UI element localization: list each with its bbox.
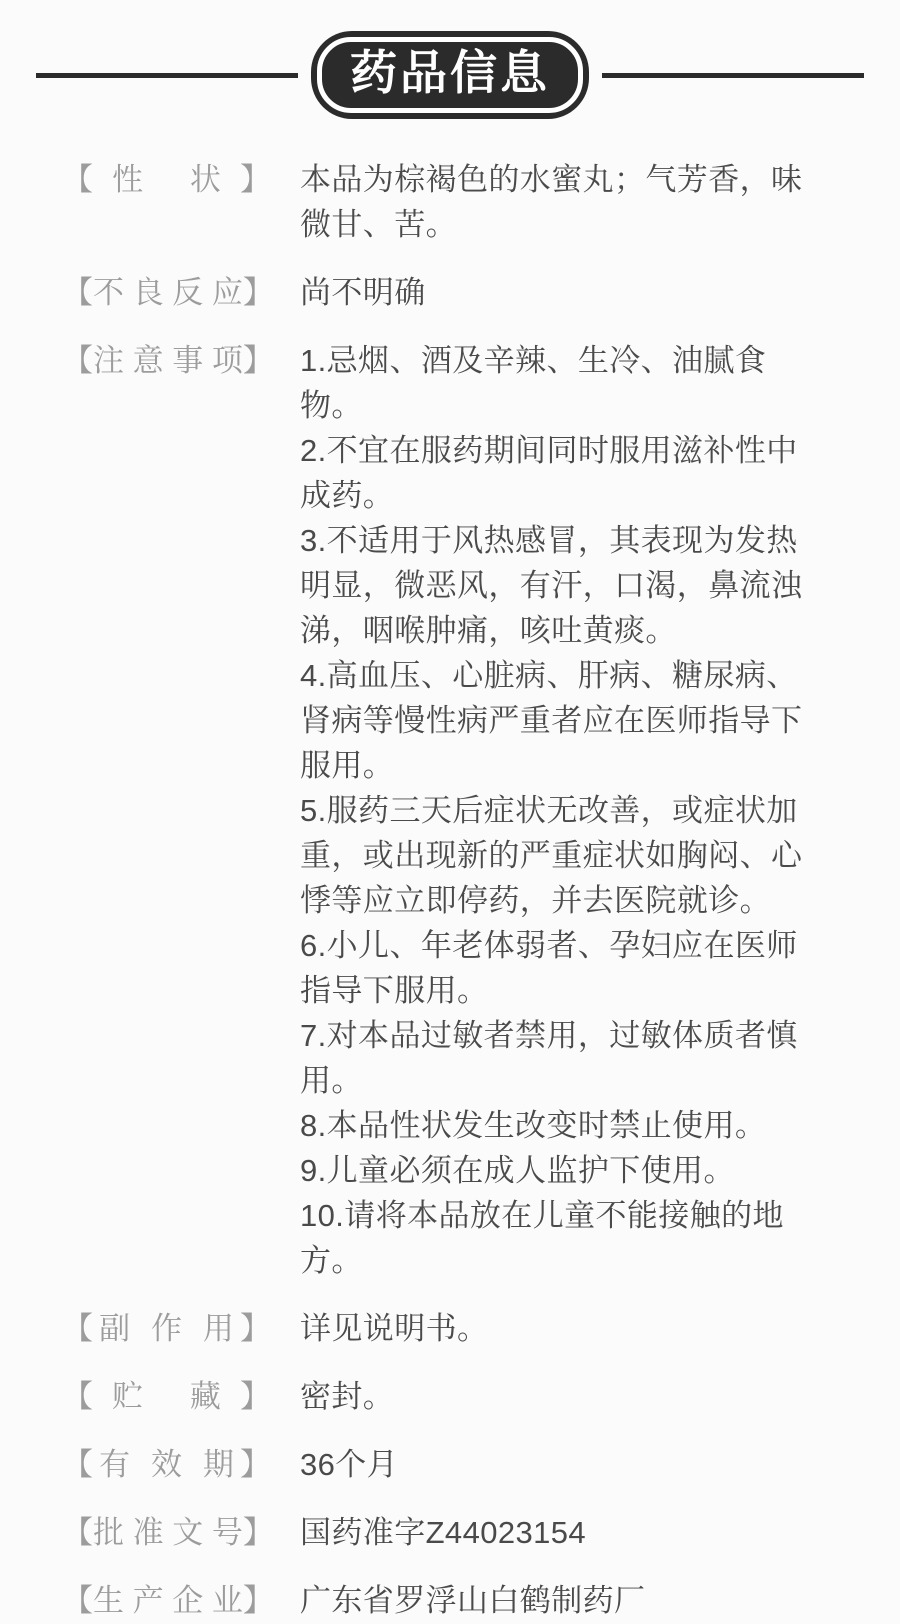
info-sections: 【性 状】 本品为棕褐色的水蜜丸；气芳香，味微甘、苦。 【不 良 反 应】 尚不…	[62, 157, 900, 1623]
precaution-item: 5.服药三天后症状无改善，或症状加重，或出现新的严重症状如胸闷、心悸等应立即停药…	[300, 788, 810, 923]
header-divider-right	[602, 73, 864, 78]
info-section-adverse-reactions: 【不 良 反 应】 尚不明确	[62, 270, 900, 315]
field-label-validity-period: 【有 效 期】	[62, 1442, 271, 1487]
precaution-item: 8.本品性状发生改变时禁止使用。	[300, 1103, 810, 1148]
field-value: 尚不明确	[300, 270, 810, 315]
precaution-item: 3.不适用于风热感冒，其表现为发热明显，微恶风，有汗，口渴，鼻流浊涕，咽喉肿痛，…	[300, 518, 810, 653]
info-section-manufacturer: 【生 产 企 业】 广东省罗浮山白鹤制药厂	[62, 1578, 900, 1623]
field-value: 36个月	[300, 1442, 810, 1487]
precaution-item: 9.儿童必须在成人监护下使用。	[300, 1148, 810, 1193]
title-pill: 药品信息	[311, 31, 589, 118]
field-content-side-effects: 详见说明书。	[300, 1306, 810, 1351]
info-section-precautions: 【注 意 事 项】 1.忌烟、酒及辛辣、生冷、油腻食物。 2.不宜在服药期间同时…	[62, 338, 900, 1283]
precaution-item: 10.请将本品放在儿童不能接触的地方。	[300, 1193, 810, 1283]
field-label-side-effects: 【副 作 用】	[62, 1306, 271, 1351]
info-section-storage: 【贮 藏】 密封。	[62, 1374, 900, 1419]
field-content-manufacturer: 广东省罗浮山白鹤制药厂	[300, 1578, 810, 1623]
field-label-precautions: 【注 意 事 项】	[62, 338, 271, 383]
field-value: 密封。	[300, 1374, 810, 1419]
drug-info-sheet: { "page": { "background": "#fbfbfb", "in…	[0, 0, 900, 1624]
field-label-approval-number: 【批 准 文 号】	[62, 1510, 271, 1555]
precaution-item: 1.忌烟、酒及辛辣、生冷、油腻食物。	[300, 338, 810, 428]
precaution-item: 6.小儿、年老体弱者、孕妇应在医师指导下服用。	[300, 923, 810, 1013]
info-section-validity-period: 【有 效 期】 36个月	[62, 1442, 900, 1487]
field-label-manufacturer: 【生 产 企 业】	[62, 1578, 271, 1623]
precaution-item: 2.不宜在服药期间同时服用滋补性中成药。	[300, 428, 810, 518]
info-section-side-effects: 【副 作 用】 详见说明书。	[62, 1306, 900, 1351]
info-section-approval-number: 【批 准 文 号】 国药准字Z44023154	[62, 1510, 900, 1555]
page-title: 药品信息	[350, 48, 550, 97]
field-content-approval-number: 国药准字Z44023154	[300, 1510, 810, 1555]
field-value: 详见说明书。	[300, 1306, 810, 1351]
field-label-properties: 【性 状】	[62, 157, 271, 202]
field-value: 广东省罗浮山白鹤制药厂	[300, 1578, 810, 1623]
field-label-storage: 【贮 藏】	[62, 1374, 271, 1419]
header: 药品信息	[36, 34, 864, 116]
field-content-adverse-reactions: 尚不明确	[300, 270, 810, 315]
field-label-adverse-reactions: 【不 良 反 应】	[62, 270, 271, 315]
field-content-storage: 密封。	[300, 1374, 810, 1419]
title-pill-inner-ring: 药品信息	[317, 37, 583, 112]
info-section-properties: 【性 状】 本品为棕褐色的水蜜丸；气芳香，味微甘、苦。	[62, 157, 900, 247]
field-content-validity-period: 36个月	[300, 1442, 810, 1487]
precaution-item: 4.高血压、心脏病、肝病、糖尿病、肾病等慢性病严重者应在医师指导下服用。	[300, 653, 810, 788]
precaution-item: 7.对本品过敏者禁用，过敏体质者慎用。	[300, 1013, 810, 1103]
field-content-precautions: 1.忌烟、酒及辛辣、生冷、油腻食物。 2.不宜在服药期间同时服用滋补性中成药。 …	[300, 338, 810, 1283]
field-content-properties: 本品为棕褐色的水蜜丸；气芳香，味微甘、苦。	[300, 157, 810, 247]
field-value: 本品为棕褐色的水蜜丸；气芳香，味微甘、苦。	[300, 157, 810, 247]
field-value: 国药准字Z44023154	[300, 1510, 810, 1555]
header-divider-left	[36, 73, 298, 78]
